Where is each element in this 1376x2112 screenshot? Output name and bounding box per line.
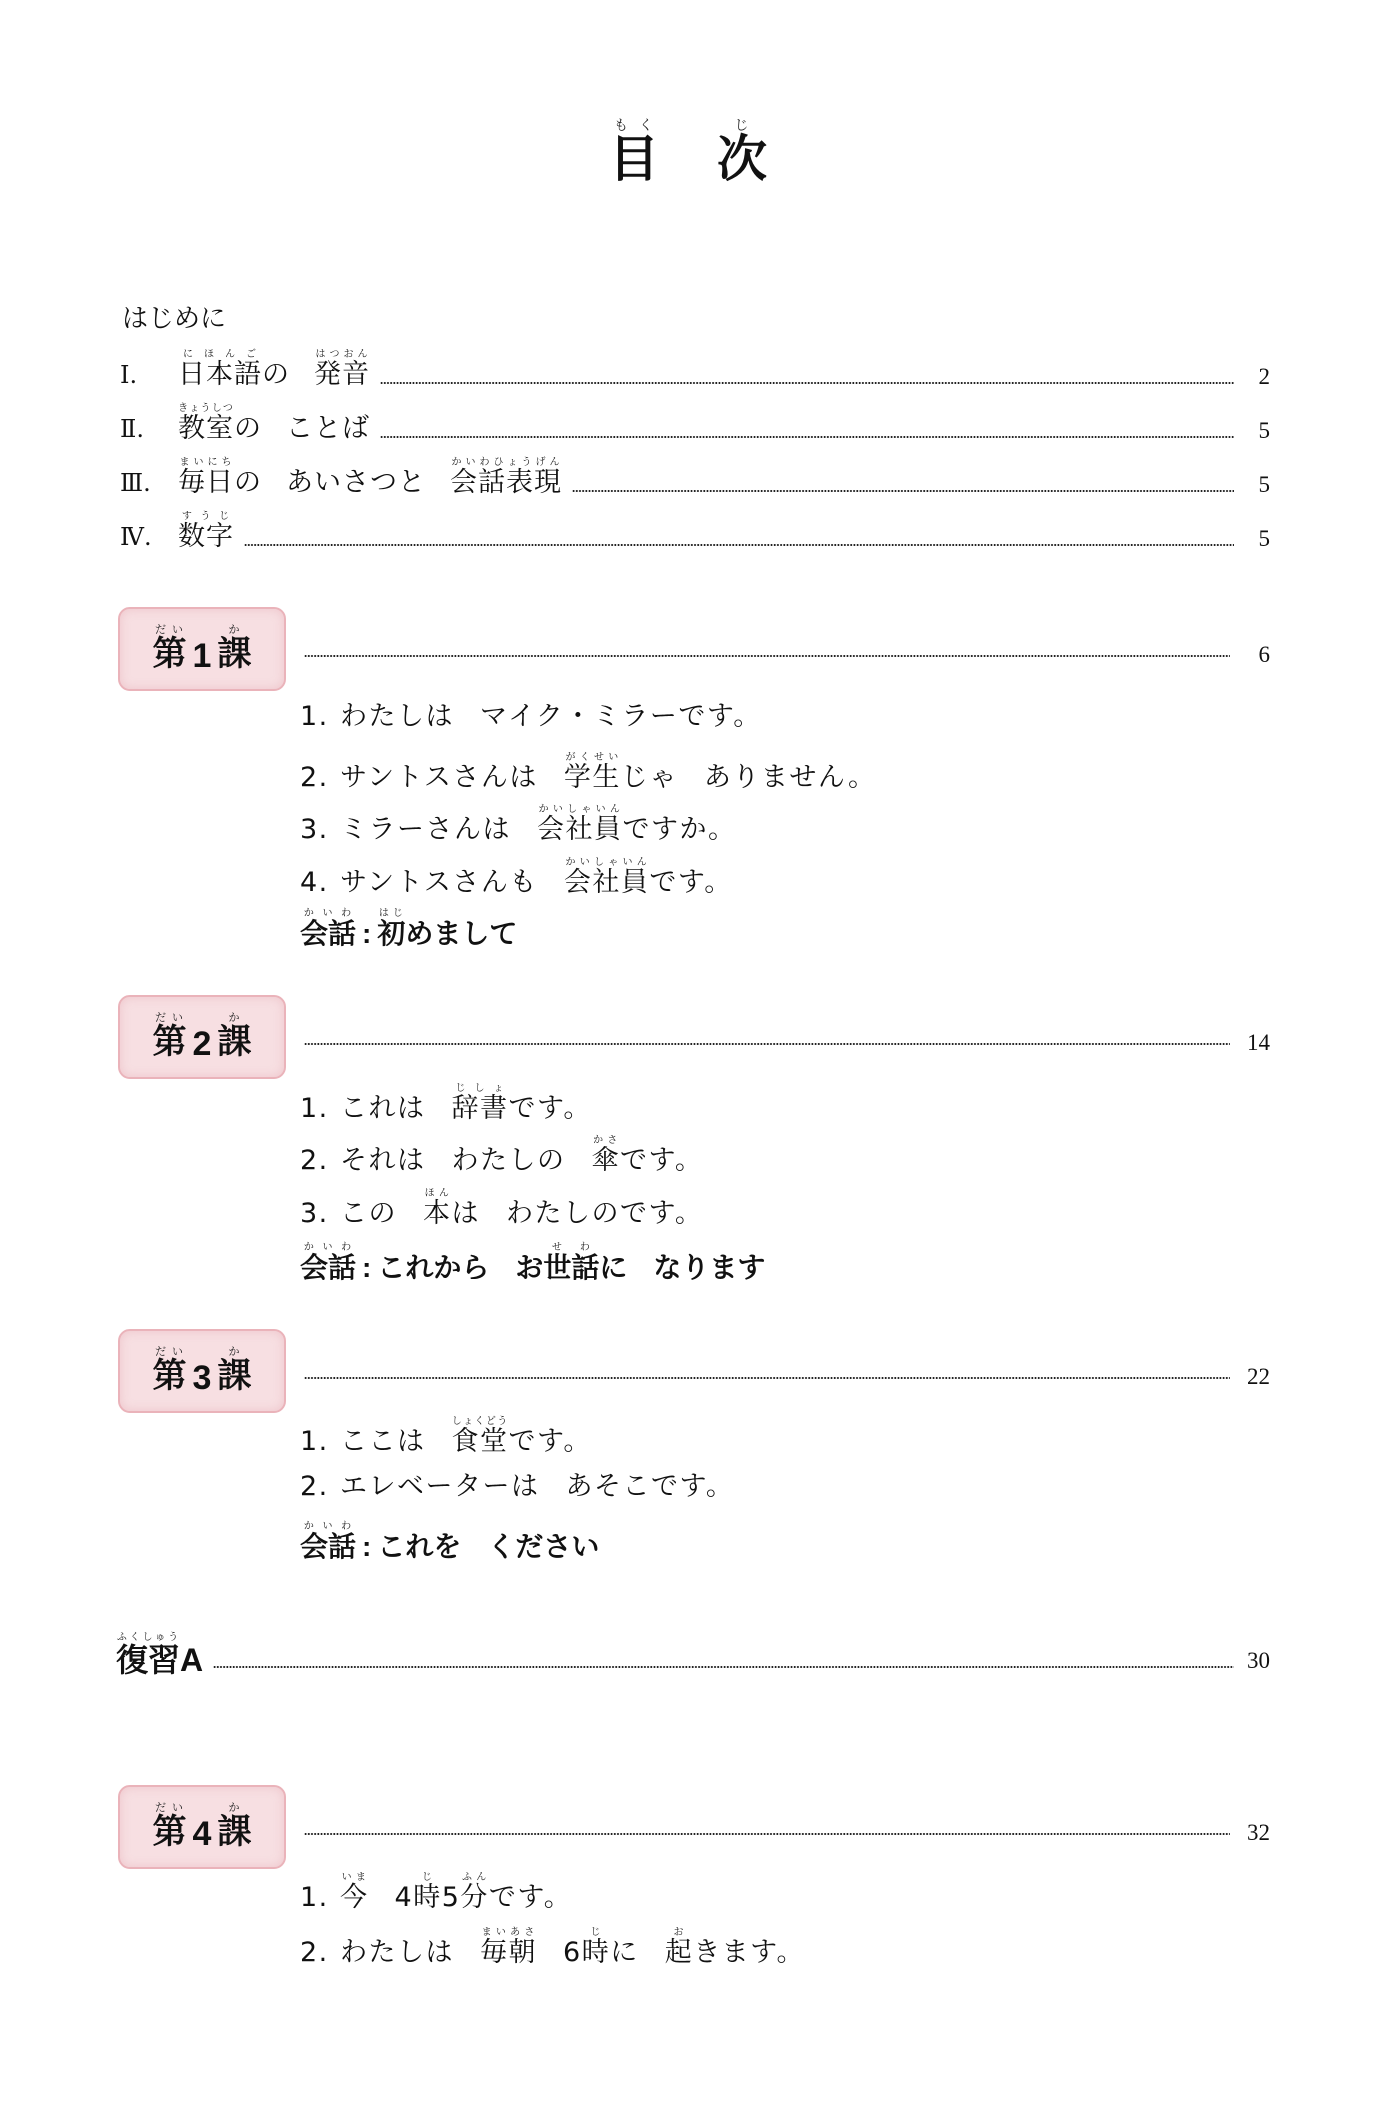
sentence-number: 3. [300, 813, 340, 847]
dot-leader [380, 436, 1234, 438]
furigana: だい [153, 1346, 187, 1358]
text: ここは [340, 1426, 426, 1457]
furigana: だい [153, 624, 187, 636]
furigana: ふん [460, 1872, 489, 1883]
toc-entry-lesson-2[interactable]: 第だい2課か14 [118, 992, 1270, 1082]
page-number: 5 [1244, 524, 1270, 554]
furigana: か [217, 1802, 251, 1814]
furigana: か [217, 624, 251, 636]
furigana: かいしゃいん [564, 857, 650, 868]
roman-numeral: Ⅲ. [120, 466, 178, 500]
ruby-word: 時じ [413, 1882, 442, 1913]
furigana: だい [153, 1802, 187, 1814]
text: この [340, 1198, 397, 1229]
text: A [180, 1642, 203, 1678]
text: です。 [509, 1426, 592, 1457]
kanji-text: 本 [423, 1198, 452, 1229]
entry-title: 日本語にほんごの発音はつおん [178, 349, 370, 392]
lesson-1-sentence-2: 2.サントスさんは学生がくせいじゃありません。 [300, 752, 877, 795]
furigana: きょうしつ [178, 403, 234, 414]
page-number: 22 [1244, 1362, 1270, 1392]
text: マイク・ミラーです。 [480, 701, 762, 732]
sentence-number: 1. [300, 1092, 340, 1126]
lesson-1-conversation: 会話かいわ:初はじめまして [300, 908, 517, 951]
furigana: かいわひょうげん [450, 457, 562, 468]
text: お [515, 1252, 543, 1283]
conversation-label: 会話かいわ [300, 918, 356, 949]
kanji-text: 課 [217, 1357, 251, 1395]
kanji-text: 課 [217, 1813, 251, 1851]
title-char-ji: 次じ [717, 130, 767, 188]
furigana: か [217, 1346, 251, 1358]
dot-leader [304, 1833, 1230, 1835]
sentence-number: 2. [300, 1470, 340, 1504]
text: ありません。 [704, 762, 877, 793]
furigana: じ [413, 1872, 442, 1883]
furigana: すうじ [178, 511, 234, 522]
kanji-text: 第 [153, 1357, 187, 1395]
text: 6 [563, 1937, 582, 1968]
text: サントスさんも [340, 867, 538, 898]
kanji-text: 第 [153, 1023, 187, 1061]
text: です。 [620, 1145, 703, 1176]
ruby-word: 本ほん [423, 1198, 452, 1229]
lesson-badge: 第だい3課か [118, 1329, 286, 1413]
text: これから [377, 1252, 489, 1283]
lesson-2-sentence-2: 2.それはわたしの傘かさです。 [300, 1135, 703, 1178]
ruby-word: 今いま [340, 1882, 369, 1913]
kanji-text: 復習 [116, 1642, 180, 1678]
ruby-word: 学生がくせい [564, 762, 621, 793]
text: ことば [286, 413, 370, 444]
kanji-text: 日本語 [178, 359, 262, 390]
furigana: はつおん [314, 349, 370, 360]
page-number: 5 [1244, 416, 1270, 446]
ruby-word: 分ふん [460, 1882, 489, 1913]
furigana: まいあさ [480, 1927, 537, 1938]
colon: : [362, 1252, 371, 1283]
dot-leader [304, 1043, 1230, 1045]
roman-numeral: Ⅱ. [120, 412, 178, 446]
page-number: 14 [1244, 1028, 1270, 1058]
text: の [262, 359, 290, 390]
badge-ka: 課か [217, 1346, 251, 1397]
toc-entry-intro-2[interactable]: Ⅱ.教室きょうしつのことば5 [120, 406, 1270, 446]
ruby-word: 数字すうじ [178, 521, 234, 552]
ruby-word: 教室きょうしつ [178, 413, 234, 444]
furigana: じしょ [452, 1083, 509, 1094]
lesson-badge: 第だい1課か [118, 607, 286, 691]
ruby-word: 日本語にほんご [178, 359, 262, 390]
toc-entry-intro-4[interactable]: Ⅳ.数字すうじ5 [120, 514, 1270, 554]
ruby-word: 会社員かいしゃいん [564, 867, 650, 898]
furigana: ほん [423, 1188, 452, 1199]
page-number: 30 [1244, 1646, 1270, 1676]
sentence-number: 2. [300, 761, 340, 795]
intro-heading: はじめに [122, 302, 226, 336]
entry-title: 教室きょうしつのことば [178, 403, 370, 446]
page-number: 6 [1244, 640, 1270, 670]
roman-numeral: Ⅳ. [120, 520, 178, 554]
text: ですか。 [623, 814, 737, 845]
furigana: せわ [543, 1242, 599, 1253]
ruby-word: 毎日まいにち [178, 467, 234, 498]
kanji-text: 時 [413, 1882, 442, 1913]
text: です。 [649, 867, 732, 898]
toc-entry-review-a[interactable]: 復習ふくしゅうA30 [116, 1630, 1270, 1680]
ruby-word: 発音はつおん [314, 359, 370, 390]
furigana: だい [153, 1012, 187, 1024]
title-char-moku: 目もく [609, 130, 659, 188]
sentence-number: 1. [300, 1425, 340, 1459]
text: 4 [395, 1882, 414, 1913]
ruby-word: 会話表現かいわひょうげん [450, 467, 562, 498]
kanji-text: 会社員 [537, 814, 623, 845]
lesson-2-sentence-3: 3.この本ほんはわたしのです。 [300, 1188, 703, 1231]
lesson-number: 4 [193, 1801, 212, 1854]
lesson-2-sentence-1: 1.これは辞書じしょです。 [300, 1083, 592, 1126]
kanji-text: 傘 [592, 1145, 621, 1176]
toc-entry-lesson-3[interactable]: 第だい3課か22 [118, 1326, 1270, 1416]
ruby-word: 食堂しょくどう [452, 1426, 509, 1457]
furigana: いま [340, 1872, 369, 1883]
kanji-text: 第 [153, 635, 187, 673]
dot-leader [244, 544, 1234, 546]
kanji-text: 世話 [543, 1252, 599, 1283]
kanji-text: 会話表現 [450, 467, 562, 498]
kanji-text: 会社員 [564, 867, 650, 898]
text: です。 [489, 1882, 572, 1913]
furigana: かいわ [300, 1242, 356, 1253]
text: に [599, 1252, 627, 1283]
kanji-text: 初 [377, 918, 405, 949]
text: わたしのです。 [506, 1198, 703, 1229]
furigana: かいわ [300, 908, 356, 919]
furigana: か [217, 1012, 251, 1024]
ruby-word: 初はじ [377, 918, 405, 949]
kanji-text: 毎日 [178, 467, 234, 498]
kanji-text: 食堂 [452, 1426, 509, 1457]
text: これを [377, 1531, 461, 1562]
kanji-text: 会話 [300, 1252, 356, 1283]
kanji-text: 時 [582, 1937, 611, 1968]
dot-leader [380, 382, 1234, 384]
text: じゃ [621, 762, 678, 793]
kanji-text: 課 [217, 635, 251, 673]
ruby-word: 辞書じしょ [452, 1093, 509, 1124]
page-number: 32 [1244, 1818, 1270, 1848]
lesson-4-sentence-1: 1.今いま4時じ5分ふんです。 [300, 1872, 572, 1915]
dot-leader [304, 1377, 1230, 1379]
text: サントスさんは [340, 762, 538, 793]
text: の [234, 467, 262, 498]
text: わたしの [452, 1145, 566, 1176]
text: それは [340, 1145, 426, 1176]
furigana: ふくしゅう [116, 1632, 180, 1643]
dot-leader [213, 1666, 1234, 1668]
kanji-text: 課 [217, 1023, 251, 1061]
furigana: かいしゃいん [537, 804, 623, 815]
text: に [610, 1937, 639, 1968]
lesson-2-conversation: 会話かいわ:これからお世話せわになります [300, 1242, 765, 1285]
dot-leader [304, 655, 1230, 657]
furigana: お [665, 1927, 694, 1938]
furigana: かさ [592, 1135, 621, 1146]
ruby-word: 復習ふくしゅう [116, 1642, 180, 1678]
sentence-number: 1. [300, 1881, 340, 1915]
review-title: 復習ふくしゅうA [116, 1632, 203, 1680]
lesson-number: 3 [193, 1345, 212, 1398]
kanji-text: 辞書 [452, 1093, 509, 1124]
dot-leader [572, 490, 1234, 492]
page-number: 5 [1244, 470, 1270, 500]
kanji-text: 毎朝 [480, 1937, 537, 1968]
kanji-text: 会話 [300, 1531, 356, 1562]
badge-dai: 第だい [153, 1012, 187, 1063]
text: わたしは [340, 1937, 454, 1968]
text: の [234, 413, 262, 444]
kanji-text: 第 [153, 1813, 187, 1851]
kanji-text: 分 [460, 1882, 489, 1913]
badge-dai: 第だい [153, 1802, 187, 1853]
kanji-text: 発音 [314, 359, 370, 390]
conversation-label: 会話かいわ [300, 1531, 356, 1562]
toc-entry-lesson-4[interactable]: 第だい4課か32 [118, 1782, 1270, 1872]
toc-entry-intro-3[interactable]: Ⅲ.毎日まいにちのあいさつと会話表現かいわひょうげん5 [120, 460, 1270, 500]
page-title: 目もく次じ [0, 118, 1376, 189]
furigana: はじ [377, 908, 405, 919]
furigana: じ [582, 1927, 611, 1938]
colon: : [362, 918, 371, 949]
sentence-number: 2. [300, 1144, 340, 1178]
text: きます。 [693, 1937, 805, 1968]
ruby-word: 起お [665, 1937, 694, 1968]
badge-ka: 課か [217, 1802, 251, 1853]
toc-entry-lesson-1[interactable]: 第だい1課か6 [118, 604, 1270, 694]
lesson-number: 1 [193, 623, 212, 676]
text: です。 [509, 1093, 592, 1124]
sentence-number: 3. [300, 1197, 340, 1231]
ruby-word: 毎朝まいあさ [480, 1937, 537, 1968]
badge-dai: 第だい [153, 1346, 187, 1397]
lesson-3-sentence-1: 1.ここは食堂しょくどうです。 [300, 1416, 592, 1459]
kanji-text: 数字 [178, 521, 234, 552]
text: ください [487, 1531, 599, 1562]
lesson-1-sentence-3: 3.ミラーさんは会社員かいしゃいんですか。 [300, 804, 737, 847]
kanji-text: 学生 [564, 762, 621, 793]
text: めまして [405, 918, 517, 949]
page-number: 2 [1244, 362, 1270, 392]
entry-title: 数字すうじ [178, 511, 234, 554]
badge-ka: 課か [217, 624, 251, 675]
kanji-text: 会話 [300, 918, 356, 949]
text: エレベーターは [340, 1471, 540, 1502]
text: あいさつと [286, 467, 426, 498]
furigana: かいわ [300, 1521, 356, 1532]
furigana: しょくどう [452, 1416, 509, 1427]
ruby-word: 会社員かいしゃいん [537, 814, 623, 845]
text: あそこです。 [566, 1471, 735, 1502]
furigana: まいにち [178, 457, 234, 468]
kanji-text: 起 [665, 1937, 694, 1968]
badge-dai: 第だい [153, 624, 187, 675]
furigana: にほんご [178, 349, 262, 360]
lesson-4-sentence-2: 2.わたしは毎朝まいあさ6時じに起おきます。 [300, 1927, 805, 1970]
entry-title: 毎日まいにちのあいさつと会話表現かいわひょうげん [178, 457, 562, 500]
badge-ka: 課か [217, 1012, 251, 1063]
roman-numeral: Ⅰ. [120, 358, 178, 392]
sentence-number: 4. [300, 866, 340, 900]
lesson-1-sentence-1: 1.わたしはマイク・ミラーです。 [300, 700, 762, 734]
ruby-word: 時じ [582, 1937, 611, 1968]
ruby-word: 傘かさ [592, 1145, 621, 1176]
lesson-3-conversation: 会話かいわ:これをください [300, 1521, 599, 1564]
text: は [452, 1198, 481, 1229]
text: なります [653, 1252, 765, 1283]
lesson-1-sentence-4: 4.サントスさんも会社員かいしゃいんです。 [300, 857, 733, 900]
ruby-word: 世話せわ [543, 1252, 599, 1283]
sentence-number: 2. [300, 1936, 340, 1970]
lesson-badge: 第だい2課か [118, 995, 286, 1079]
text: ミラーさんは [340, 814, 511, 845]
lesson-3-sentence-2: 2.エレベーターはあそこです。 [300, 1470, 734, 1504]
text: 5 [442, 1882, 461, 1913]
kanji-text: 今 [340, 1882, 369, 1913]
furigana: がくせい [564, 752, 621, 763]
text: これは [340, 1093, 426, 1124]
lesson-badge: 第だい4課か [118, 1785, 286, 1869]
text: わたしは [340, 701, 454, 732]
toc-entry-intro-1[interactable]: Ⅰ.日本語にほんごの発音はつおん2 [120, 352, 1270, 392]
conversation-label: 会話かいわ [300, 1252, 356, 1283]
colon: : [362, 1531, 371, 1562]
kanji-text: 教室 [178, 413, 234, 444]
lesson-number: 2 [193, 1011, 212, 1064]
sentence-number: 1. [300, 700, 340, 734]
